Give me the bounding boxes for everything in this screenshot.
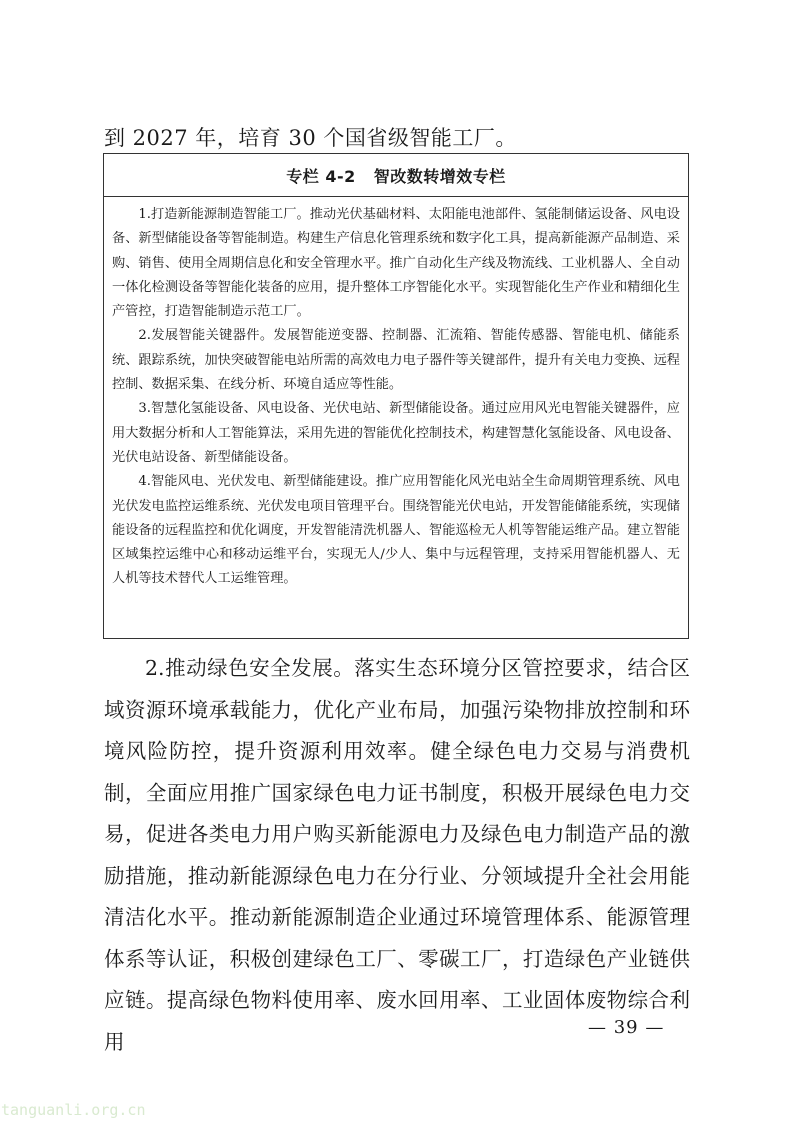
column-item: 4.智能风电、光伏发电、新型储能建设。推广应用智能化风光电站全生命周期管理系统、… — [112, 470, 680, 591]
lead-sentence: 到 2027 年，培育 30 个国省级智能工厂。 — [104, 122, 517, 152]
column-title: 智改数转增效专栏 — [374, 164, 506, 187]
body-text: 2.推动绿色安全发展。落实生态环境分区管控要求，结合区域资源环境承载能力，优化产… — [104, 648, 690, 1063]
column-box: 专栏 4-2 智改数转增效专栏 1.打造新能源制造智能工厂。推动光伏基础材料、太… — [103, 153, 689, 639]
watermark: tanguanli.org.cn — [1, 1101, 146, 1119]
column-item: 2.发展智能关键器件。发展智能逆变器、控制器、汇流箱、智能传感器、智能电机、储能… — [112, 324, 680, 397]
column-box-body: 1.打造新能源制造智能工厂。推动光伏基础材料、太阳能电池部件、氢能制储运设备、风… — [104, 197, 688, 592]
column-number: 专栏 4-2 — [286, 164, 355, 187]
column-item: 1.打造新能源制造智能工厂。推动光伏基础材料、太阳能电池部件、氢能制储运设备、风… — [112, 203, 680, 324]
page-number: — 39 — — [588, 1017, 664, 1038]
body-paragraph: 2.推动绿色安全发展。落实生态环境分区管控要求，结合区域资源环境承载能力，优化产… — [104, 648, 690, 1063]
column-item: 3.智慧化氢能设备、风电设备、光伏电站、新型储能设备。通过应用风光电智能关键器件… — [112, 397, 680, 470]
column-box-title: 专栏 4-2 智改数转增效专栏 — [104, 154, 688, 197]
